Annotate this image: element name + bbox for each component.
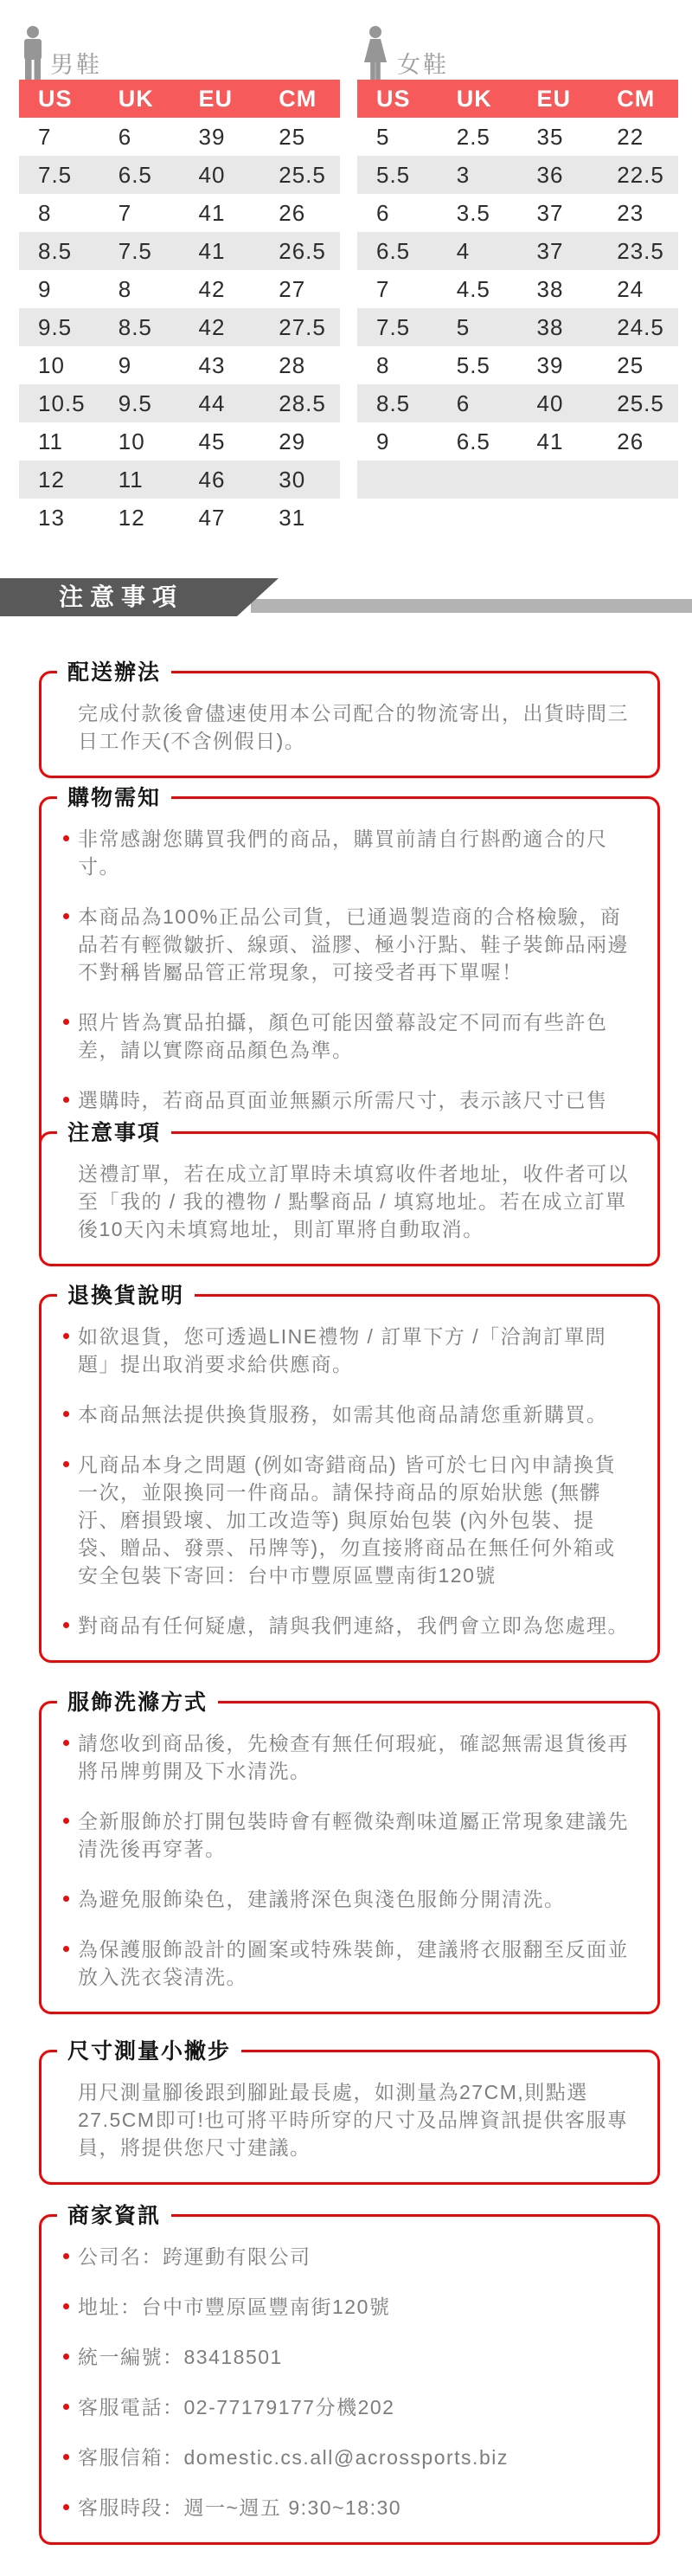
size-cell [518, 460, 599, 499]
bulleted-item: 非常感謝您購買我們的商品，購買前請自行斟酌適合的尺寸。 [78, 825, 633, 880]
size-cell: 41 [180, 232, 260, 270]
size-cell: 42 [180, 308, 260, 346]
table-row-empty [357, 460, 678, 499]
item-text: 客服信箱：domestic.cs.all@acrossports.biz [78, 2446, 509, 2469]
size-cell: 10 [19, 346, 99, 384]
size-cell: 25.5 [598, 384, 678, 422]
mens-table-body: 7639257.56.54025.58741268.57.54126.59842… [19, 118, 340, 537]
table-row: 63.53723 [357, 194, 678, 232]
item-text: 送禮訂單，若在成立訂單時未填寫收件者地址，收件者可以至「我的 / 我的禮物 / … [78, 1162, 629, 1240]
bulleted-item: 對商品有任何疑慮，請與我們連絡，我們會立即為您處理。 [78, 1612, 633, 1639]
section-title: 商家資訊 [57, 2201, 171, 2231]
size-cell: 41 [518, 422, 599, 460]
mens-size-table: USUKEUCM 7639257.56.54025.58741268.57.54… [19, 80, 340, 537]
size-cell: 24.5 [598, 308, 678, 346]
bullet-dot-icon [63, 1818, 69, 1824]
table-row: 12114630 [19, 460, 340, 499]
bullet-dot-icon [63, 2303, 69, 2309]
bullet-dot-icon [63, 1946, 69, 1952]
size-cell: 42 [180, 270, 260, 308]
size-col-header: CM [259, 80, 340, 118]
bullet-dot-icon [63, 1622, 69, 1628]
item-text: 客服電話：02-77179177分機202 [78, 2396, 394, 2418]
size-col-header: CM [598, 80, 678, 118]
size-col-header: EU [518, 80, 599, 118]
table-row: 96.54126 [357, 422, 678, 460]
bullet-dot-icon [63, 913, 69, 919]
size-cell: 41 [180, 194, 260, 232]
womens-table-body: 52.535225.533622.563.537236.543723.574.5… [357, 118, 678, 499]
bullet-dot-icon [63, 1019, 69, 1025]
size-cell: 22.5 [598, 156, 678, 194]
mens-size-chart: 男鞋 USUKEUCM 7639257.56.54025.58741268.57… [19, 22, 340, 537]
mens-chart-header: 男鞋 [19, 22, 340, 80]
product-notice-page: 男鞋 USUKEUCM 7639257.56.54025.58741268.57… [0, 0, 692, 2576]
notice-banner: 注意事項 [0, 578, 692, 616]
bullet-dot-icon [63, 2354, 69, 2360]
banner-accent-bar [251, 599, 692, 613]
size-cell: 6 [357, 194, 438, 232]
table-row: 7.553824.5 [357, 308, 678, 346]
size-cell: 27.5 [259, 308, 340, 346]
size-cell: 10.5 [19, 384, 99, 422]
item-text: 為保護服飾設計的圖案或特殊裝飾，建議將衣服翻至反面並放入洗衣袋清洗。 [78, 1938, 629, 1988]
size-col-header: EU [180, 80, 260, 118]
section-title: 購物需知 [57, 783, 171, 813]
size-cell: 2.5 [438, 118, 518, 156]
table-row: 763925 [19, 118, 340, 156]
size-cell: 11 [19, 422, 99, 460]
size-cell: 13 [19, 499, 99, 537]
size-cell: 9.5 [19, 308, 99, 346]
table-row: 52.53522 [357, 118, 678, 156]
item-text: 本商品無法提供換貨服務，如需其他商品請您重新購買。 [78, 1403, 608, 1426]
size-cell: 23 [598, 194, 678, 232]
bullet-dot-icon [63, 1411, 69, 1417]
size-cell: 35 [518, 118, 599, 156]
size-cell: 25.5 [259, 156, 340, 194]
woman-icon [360, 26, 391, 80]
size-cell: 39 [180, 118, 260, 156]
item-text: 為避免服飾染色，建議將深色與淺色服飾分開清洗。 [78, 1888, 566, 1910]
size-cell: 11 [99, 460, 180, 499]
size-cell: 28.5 [259, 384, 340, 422]
table-header-row: USUKEUCM [357, 80, 678, 118]
womens-chart-header: 女鞋 [357, 22, 678, 80]
item-text: 非常感謝您購買我們的商品，購買前請自行斟酌適合的尺寸。 [78, 828, 608, 878]
man-icon [22, 26, 44, 80]
size-cell: 39 [518, 346, 599, 384]
table-row: 11104529 [19, 422, 340, 460]
size-cell: 3 [438, 156, 518, 194]
table-row: 74.53824 [357, 270, 678, 308]
bulleted-item: 客服時段：週一~週五 9:30~18:30 [78, 2494, 633, 2521]
size-cell: 46 [180, 460, 260, 499]
size-cell: 38 [518, 270, 599, 308]
item-text: 統一編號：83418501 [78, 2346, 283, 2368]
section-paragraph: 用尺測量腳後跟到腳趾最長處，如測量為27CM,則點選27.5CM即可!也可將平時… [78, 2078, 633, 2161]
banner-title: 注意事項 [59, 583, 183, 610]
size-cell: 8 [19, 194, 99, 232]
table-row: 1094328 [19, 346, 340, 384]
size-cell: 47 [180, 499, 260, 537]
bulleted-item: 為避免服飾染色，建議將深色與淺色服飾分開清洗。 [78, 1885, 633, 1913]
table-row: 13124731 [19, 499, 340, 537]
table-row: 874126 [19, 194, 340, 232]
size-cell: 26.5 [259, 232, 340, 270]
size-cell: 45 [180, 422, 260, 460]
bullet-dot-icon [63, 1740, 69, 1746]
size-cell: 24 [598, 270, 678, 308]
size-cell: 26 [259, 194, 340, 232]
bulleted-item: 本商品為100%正品公司貨，已通過製造商的合格檢驗，商品若有輕微皺折、線頭、溢膠… [78, 903, 633, 986]
size-cell: 25 [598, 346, 678, 384]
table-row: 7.56.54025.5 [19, 156, 340, 194]
size-col-header: UK [438, 80, 518, 118]
bulleted-item: 為保護服飾設計的圖案或特殊裝飾，建議將衣服翻至反面並放入洗衣袋清洗。 [78, 1935, 633, 1991]
bulleted-item: 如欲退貨，您可透過LINE禮物 / 訂單下方 /「洽詢訂單問題」提出取消要求給供… [78, 1323, 633, 1378]
size-cell: 44 [180, 384, 260, 422]
item-text: 用尺測量腳後跟到腳趾最長處，如測量為27CM,則點選27.5CM即可!也可將平時… [78, 2081, 628, 2159]
size-cell: 8.5 [357, 384, 438, 422]
size-cell: 12 [99, 499, 180, 537]
size-col-header: US [19, 80, 99, 118]
section-title: 退換貨說明 [57, 1281, 195, 1311]
size-col-header: US [357, 80, 438, 118]
size-cell: 6.5 [438, 422, 518, 460]
item-text: 地址：台中市豐原區豐南街120號 [78, 2296, 390, 2318]
size-cell: 28 [259, 346, 340, 384]
item-text: 全新服飾於打開包裝時會有輕微染劑味道屬正常現象建議先清洗後再穿著。 [78, 1810, 629, 1860]
info-section: 購物需知非常感謝您購買我們的商品，購買前請自行斟酌適合的尺寸。本商品為100%正… [39, 796, 660, 1165]
size-cell: 5.5 [357, 156, 438, 194]
size-cell: 29 [259, 422, 340, 460]
bullet-dot-icon [63, 2504, 69, 2510]
bulleted-item: 統一編號：83418501 [78, 2343, 633, 2371]
size-cell: 5.5 [438, 346, 518, 384]
bullet-dot-icon [63, 1097, 69, 1103]
size-cell [357, 460, 438, 499]
bulleted-item: 客服信箱：domestic.cs.all@acrossports.biz [78, 2444, 633, 2471]
section-paragraph: 完成付款後會儘速使用本公司配合的物流寄出，出貨時間三日工作天(不含例假日)。 [78, 699, 633, 755]
size-cell: 8 [357, 346, 438, 384]
item-text: 本商品為100%正品公司貨，已通過製造商的合格檢驗，商品若有輕微皺折、線頭、溢膠… [78, 905, 629, 983]
size-cell: 8.5 [19, 232, 99, 270]
table-row: 9.58.54227.5 [19, 308, 340, 346]
size-cell: 6 [99, 118, 180, 156]
size-cell: 6 [438, 384, 518, 422]
section-title: 尺寸測量小撇步 [57, 2037, 241, 2066]
size-cell: 27 [259, 270, 340, 308]
banner-ribbon: 注意事項 [0, 578, 279, 616]
item-text: 如欲退貨，您可透過LINE禮物 / 訂單下方 /「洽詢訂單問題」提出取消要求給供… [78, 1325, 606, 1375]
bulleted-item: 地址：台中市豐原區豐南街120號 [78, 2293, 633, 2321]
bullet-dot-icon [63, 2404, 69, 2410]
size-col-header: UK [99, 80, 180, 118]
size-cell: 7.5 [19, 156, 99, 194]
size-cell: 4 [438, 232, 518, 270]
bullet-dot-icon [63, 2253, 69, 2259]
size-cell: 8.5 [99, 308, 180, 346]
size-cell: 40 [518, 384, 599, 422]
size-cell: 7 [357, 270, 438, 308]
size-cell: 8 [99, 270, 180, 308]
size-cell: 6.5 [357, 232, 438, 270]
table-row: 8.564025.5 [357, 384, 678, 422]
info-section: 服飾洗滌方式請您收到商品後，先檢查有無任何瑕疵，確認無需退貨後再將吊牌剪開及下水… [39, 1701, 660, 2014]
size-cell: 6.5 [99, 156, 180, 194]
section-title: 配送辦法 [57, 658, 171, 687]
size-cell: 7 [99, 194, 180, 232]
item-text: 客服時段：週一~週五 9:30~18:30 [78, 2496, 401, 2519]
size-cell: 40 [180, 156, 260, 194]
info-section: 退換貨說明如欲退貨，您可透過LINE禮物 / 訂單下方 /「洽詢訂單問題」提出取… [39, 1294, 660, 1663]
section-title: 服飾洗滌方式 [57, 1688, 218, 1717]
size-cell: 12 [19, 460, 99, 499]
size-cell: 7.5 [99, 232, 180, 270]
item-text: 請您收到商品後，先檢查有無任何瑕疵，確認無需退貨後再將吊牌剪開及下水清洗。 [78, 1732, 629, 1782]
info-section: 商家資訊公司名：跨運動有限公司地址：台中市豐原區豐南街120號統一編號：8341… [39, 2214, 660, 2545]
bullet-dot-icon [63, 2454, 69, 2460]
bulleted-item: 客服電話：02-77179177分機202 [78, 2393, 633, 2421]
size-cell: 38 [518, 308, 599, 346]
womens-chart-label: 女鞋 [397, 54, 449, 80]
item-text: 公司名：跨運動有限公司 [78, 2245, 311, 2268]
size-cell: 9 [19, 270, 99, 308]
size-cell: 22 [598, 118, 678, 156]
bulleted-item: 照片皆為實品拍攝，顏色可能因螢幕設定不同而有些許色差，請以實際商品顏色為準。 [78, 1008, 633, 1064]
table-header-row: USUKEUCM [19, 80, 340, 118]
section-title: 注意事項 [57, 1118, 171, 1148]
womens-size-table: USUKEUCM 52.535225.533622.563.537236.543… [357, 80, 678, 499]
bullet-dot-icon [63, 1461, 69, 1467]
table-row: 5.533622.5 [357, 156, 678, 194]
size-cell: 5 [357, 118, 438, 156]
info-section: 注意事項送禮訂單，若在成立訂單時未填寫收件者地址，收件者可以至「我的 / 我的禮… [39, 1131, 660, 1266]
bulleted-item: 公司名：跨運動有限公司 [78, 2243, 633, 2270]
size-cell: 31 [259, 499, 340, 537]
mens-chart-label: 男鞋 [50, 54, 102, 80]
table-row: 85.53925 [357, 346, 678, 384]
size-cell: 37 [518, 232, 599, 270]
table-row: 8.57.54126.5 [19, 232, 340, 270]
size-cell: 7 [19, 118, 99, 156]
item-text: 完成付款後會儘速使用本公司配合的物流寄出，出貨時間三日工作天(不含例假日)。 [78, 702, 629, 752]
mens-table-head: USUKEUCM [19, 80, 340, 118]
size-cell: 36 [518, 156, 599, 194]
section-paragraph: 送禮訂單，若在成立訂單時未填寫收件者地址，收件者可以至「我的 / 我的禮物 / … [78, 1160, 633, 1243]
bulleted-item: 全新服飾於打開包裝時會有輕微染劑味道屬正常現象建議先清洗後再穿著。 [78, 1807, 633, 1863]
size-cell: 3.5 [438, 194, 518, 232]
womens-table-head: USUKEUCM [357, 80, 678, 118]
size-cell: 26 [598, 422, 678, 460]
bulleted-item: 請您收到商品後，先檢查有無任何瑕疵，確認無需退貨後再將吊牌剪開及下水清洗。 [78, 1729, 633, 1785]
size-cell: 7.5 [357, 308, 438, 346]
bullet-dot-icon [63, 1333, 69, 1339]
size-cell: 30 [259, 460, 340, 499]
size-cell [598, 460, 678, 499]
womens-size-chart: 女鞋 USUKEUCM 52.535225.533622.563.537236.… [357, 22, 678, 499]
size-cell: 43 [180, 346, 260, 384]
table-row: 6.543723.5 [357, 232, 678, 270]
item-text: 照片皆為實品拍攝，顏色可能因螢幕設定不同而有些許色差，請以實際商品顏色為準。 [78, 1011, 608, 1061]
size-cell: 5 [438, 308, 518, 346]
table-row: 10.59.54428.5 [19, 384, 340, 422]
size-cell: 4.5 [438, 270, 518, 308]
info-section: 尺寸測量小撇步用尺測量腳後跟到腳趾最長處，如測量為27CM,則點選27.5CM即… [39, 2050, 660, 2185]
size-cell: 9 [99, 346, 180, 384]
size-cell: 25 [259, 118, 340, 156]
bulleted-item: 本商品無法提供換貨服務，如需其他商品請您重新購買。 [78, 1401, 633, 1428]
size-cell: 9 [357, 422, 438, 460]
bullet-dot-icon [63, 835, 69, 841]
item-text: 對商品有任何疑慮，請與我們連絡，我們會立即為您處理。 [78, 1614, 629, 1637]
size-cell: 9.5 [99, 384, 180, 422]
bulleted-item: 凡商品本身之問題 (例如寄錯商品) 皆可於七日內申請換貨一次，並限換同一件商品。… [78, 1451, 633, 1589]
size-cell: 37 [518, 194, 599, 232]
info-section: 配送辦法完成付款後會儘速使用本公司配合的物流寄出，出貨時間三日工作天(不含例假日… [39, 671, 660, 778]
item-text: 凡商品本身之問題 (例如寄錯商品) 皆可於七日內申請換貨一次，並限換同一件商品。… [78, 1453, 616, 1587]
bullet-dot-icon [63, 1896, 69, 1902]
size-cell: 23.5 [598, 232, 678, 270]
table-row: 984227 [19, 270, 340, 308]
size-cell: 10 [99, 422, 180, 460]
size-cell [438, 460, 518, 499]
